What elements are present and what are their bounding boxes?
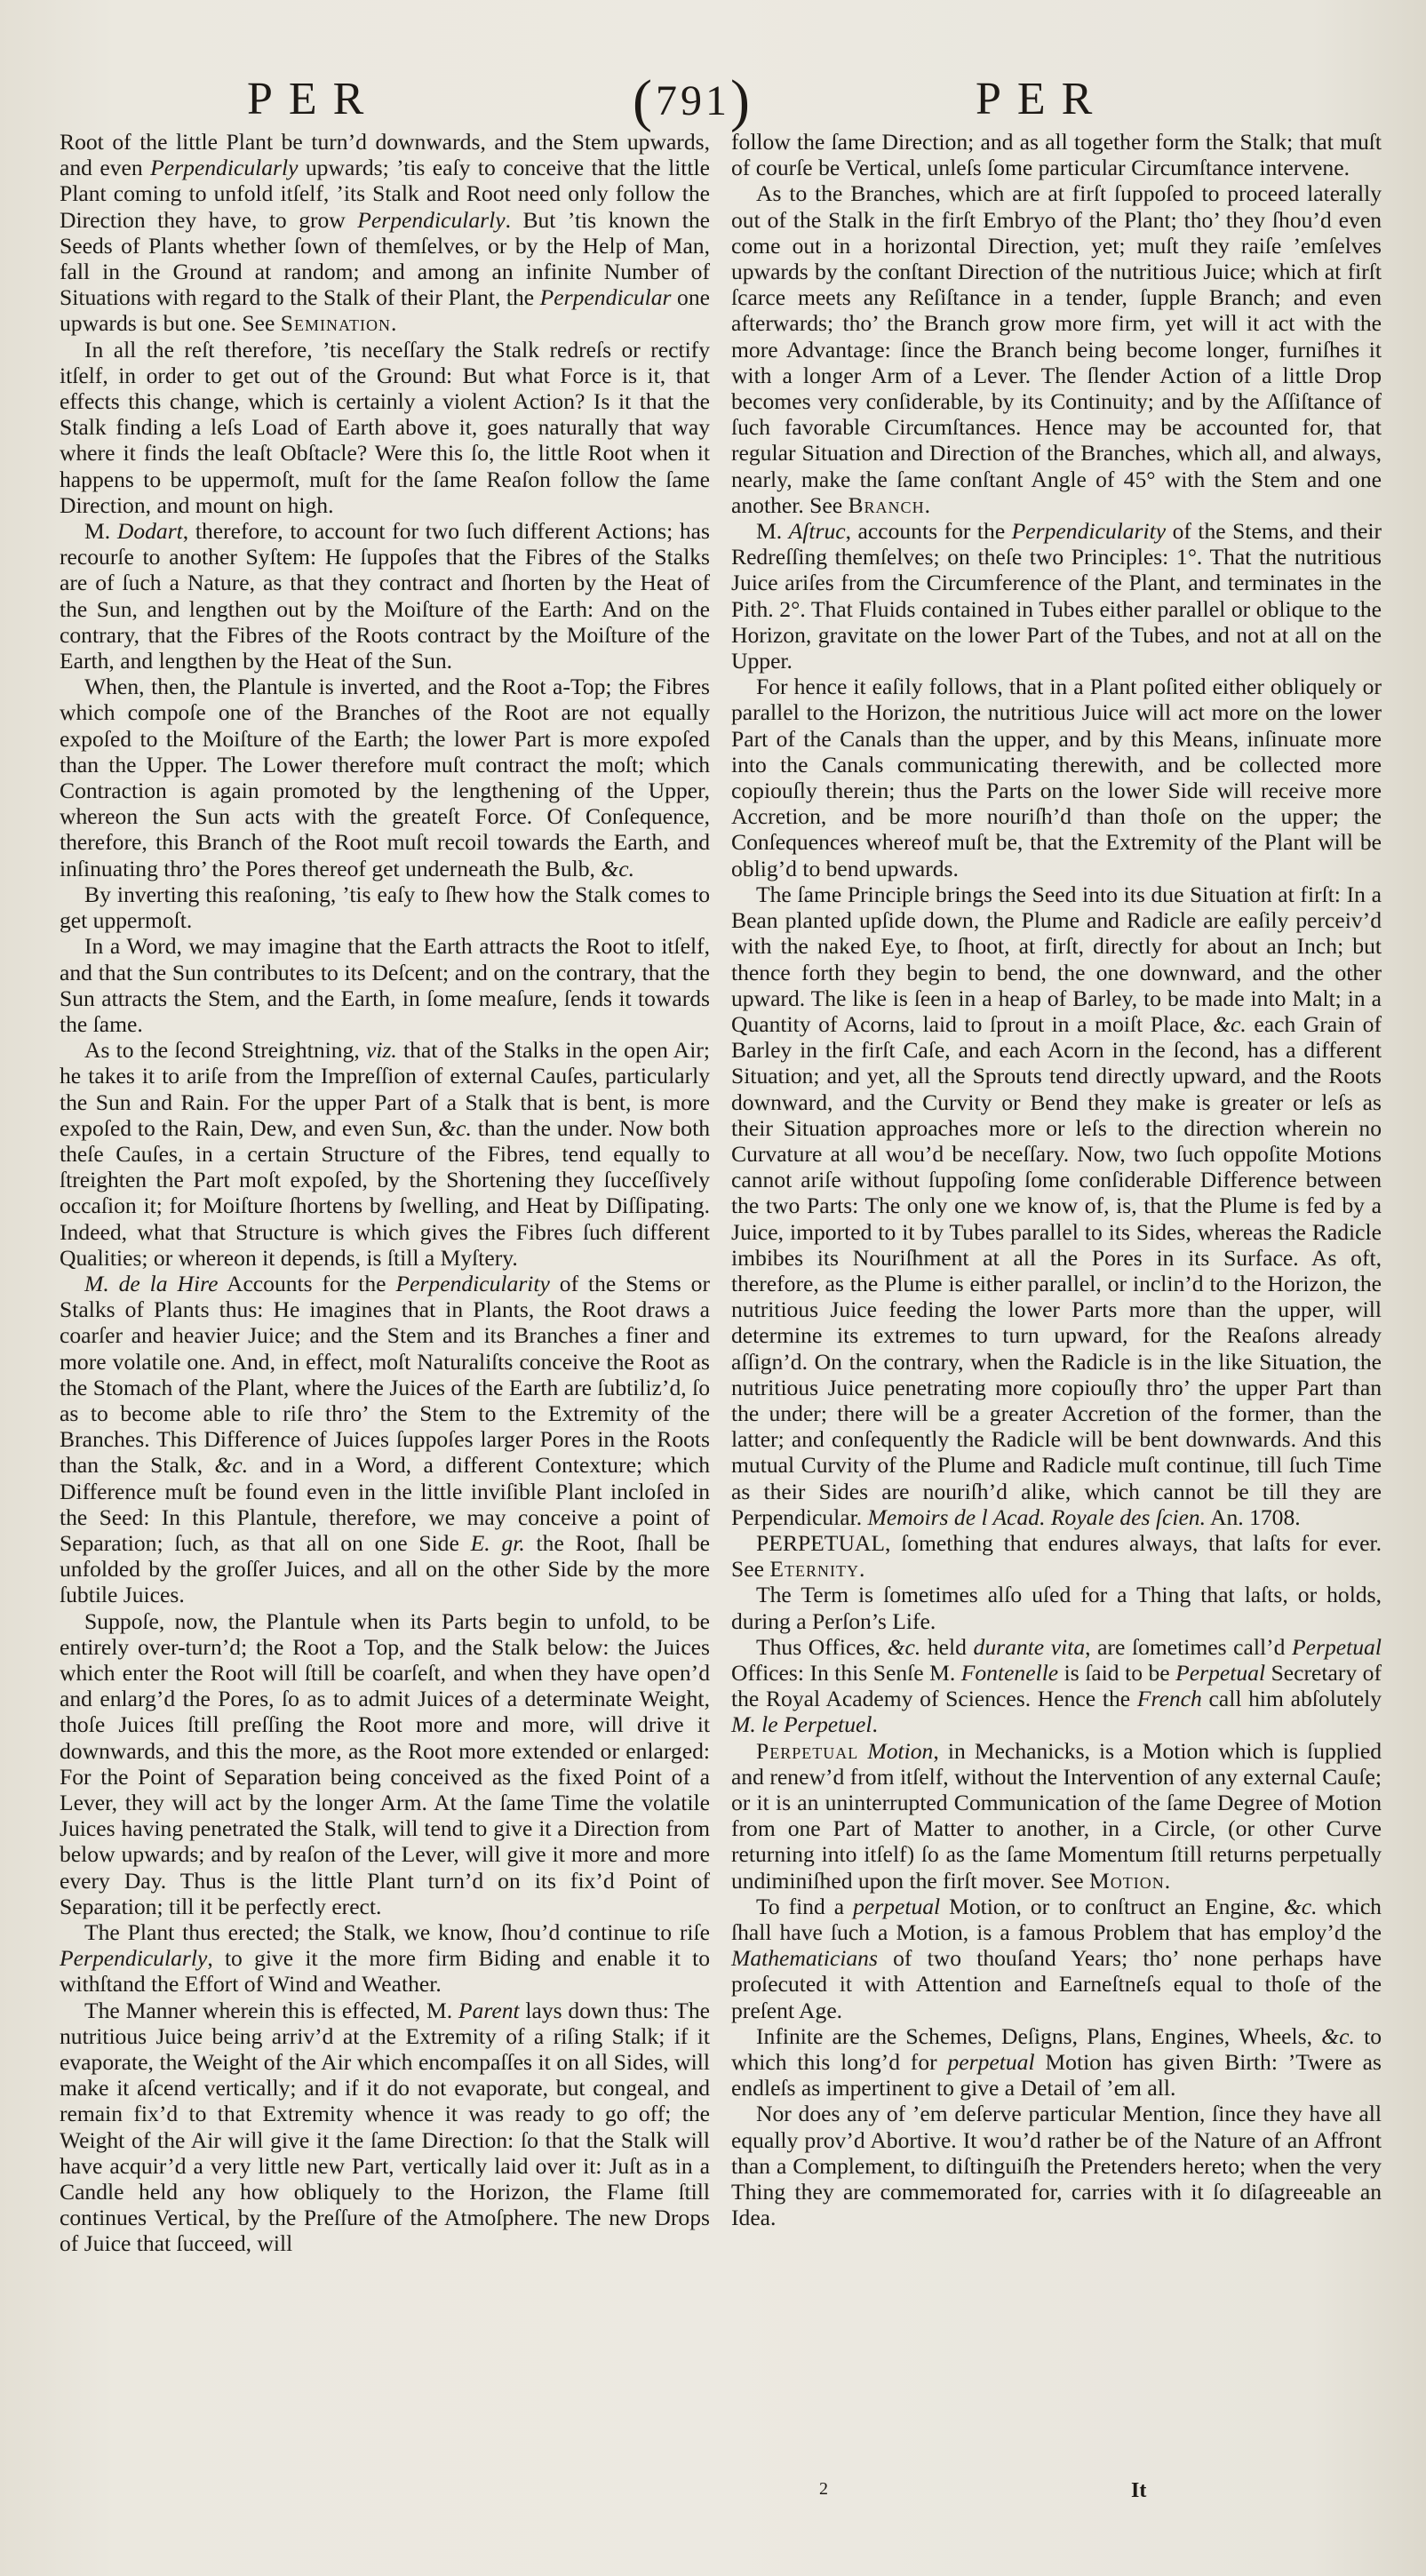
cross-reference: Eternity (769, 1556, 859, 1582)
paragraph: M. de la Hire Accounts for the Perpendic… (60, 1271, 710, 1608)
paragraph: M. Aſtruc, accounts for the Perpendicula… (731, 518, 1382, 674)
page-number: (791) (633, 75, 753, 128)
page-footer: 2 It (0, 2479, 1426, 2515)
entry-perpetual-motion: Perpetual Motion, in Mechanicks, is a Mo… (731, 1738, 1382, 1894)
paragraph: The Manner wherein this is effected, M. … (60, 1998, 710, 2257)
paragraph: For hence it eaſily follows, that in a P… (731, 674, 1382, 881)
paragraph: Thus Offices, &c. held durante vita, are… (731, 1634, 1382, 1738)
entry-heading: Perpetual (756, 1738, 858, 1764)
cross-reference: Branch (848, 492, 924, 518)
paragraph: follow the ſame Direction; and as all to… (731, 129, 1382, 180)
paragraph: By inverting this reaſoning, ’tis eaſy t… (60, 881, 710, 933)
paragraph: As to the Branches, which are at firſt ſ… (731, 180, 1382, 518)
cross-reference: Semination (281, 310, 391, 336)
paragraph: In all the reſt therefore, ’tis neceſſar… (60, 337, 710, 518)
paragraph: M. Dodart, therefore, to account for two… (60, 518, 710, 674)
paragraph: The Plant thus erected; the Stalk, we kn… (60, 1919, 710, 1998)
paragraph: To find a perpetual Motion, or to conſtr… (731, 1894, 1382, 2023)
paragraph: Root of the little Plant be turn’d downw… (60, 129, 710, 337)
paragraph: The Term is ſometimes alſo uſed for a Th… (731, 1582, 1382, 1633)
running-head-right: PER (976, 73, 1108, 126)
paragraph: Infinite are the Schemes, Deſigns, Plans… (731, 2023, 1382, 2101)
entry-perpetual: PERPETUAL, ſomething that endures always… (731, 1530, 1382, 1582)
cross-reference: Motion (1089, 1868, 1165, 1894)
paragraph: The ſame Principle brings the Seed into … (731, 881, 1382, 1530)
paragraph: When, then, the Plantule is inverted, an… (60, 674, 710, 881)
paragraph: Nor does any of ’em deſerve particular M… (731, 2101, 1382, 2230)
right-column: follow the ſame Direction; and as all to… (731, 129, 1382, 2257)
paragraph: Suppoſe, now, the Plantule when its Part… (60, 1608, 710, 1919)
citation: Memoirs de l Acad. Royale des ſcien. (868, 1504, 1206, 1530)
running-head-left: PER (247, 73, 379, 126)
page-header: PER (791) PER (0, 73, 1426, 135)
catchword: It (1131, 2479, 1146, 2503)
paragraph: As to the ſecond Streightning, viz. that… (60, 1037, 710, 1271)
left-column: Root of the little Plant be turn’d downw… (60, 129, 710, 2257)
signature-mark: 2 (819, 2479, 828, 2500)
paragraph: In a Word, we may imagine that the Earth… (60, 933, 710, 1037)
text-columns: Root of the little Plant be turn’d downw… (60, 129, 1382, 2257)
page-number-value: 791 (656, 77, 730, 124)
